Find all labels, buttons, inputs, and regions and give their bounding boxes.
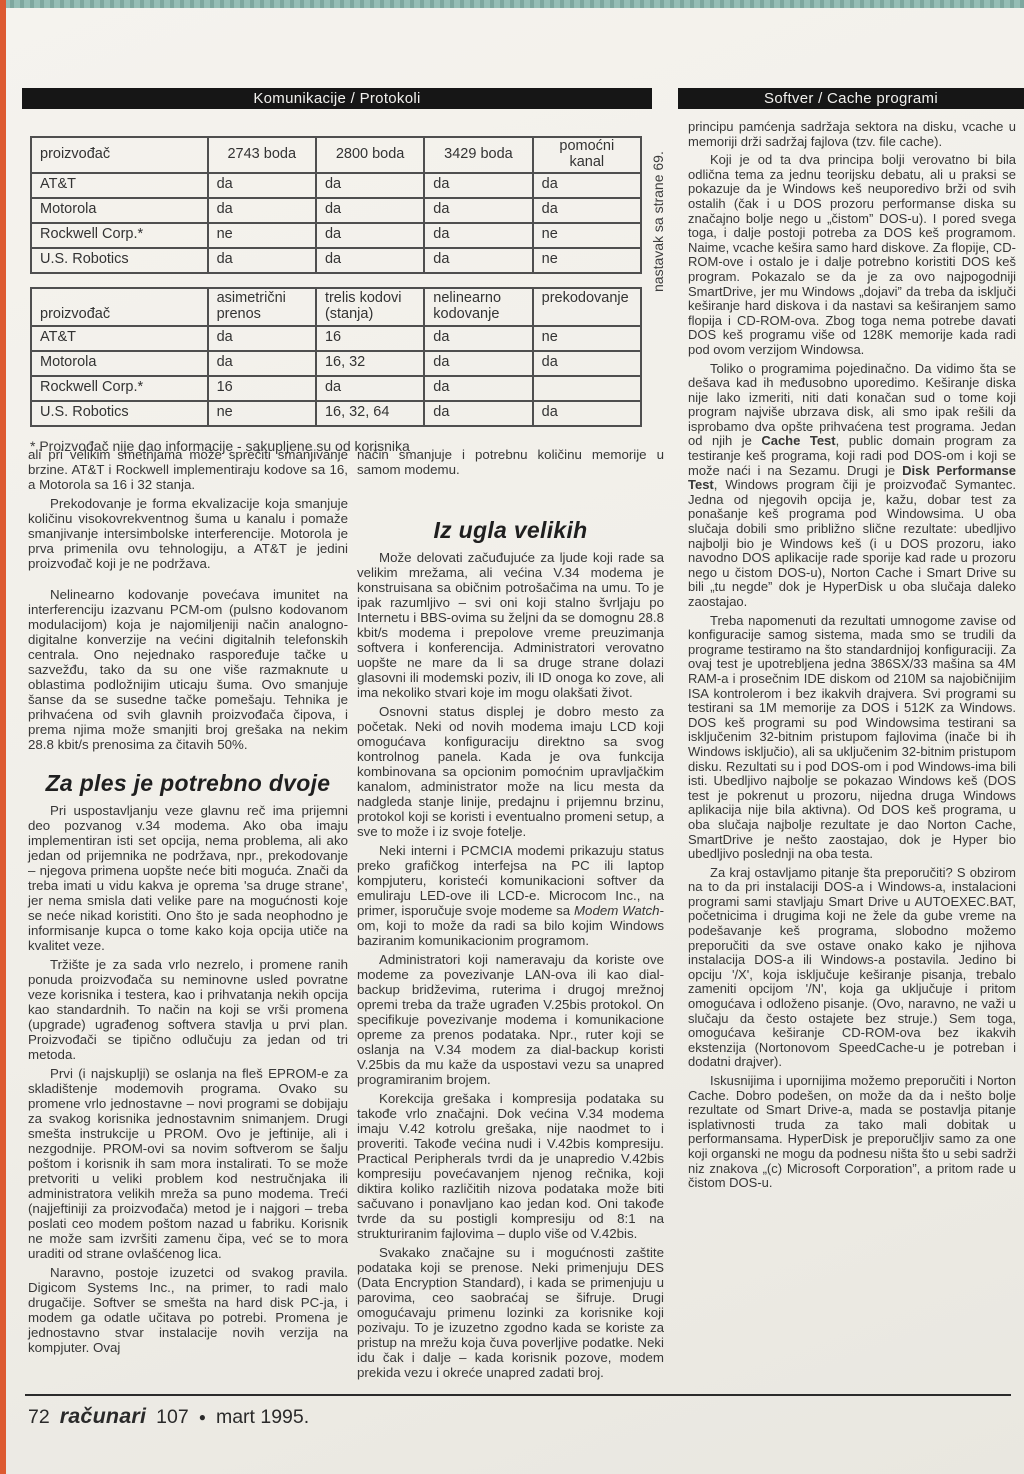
table-cell: 16 <box>316 326 424 351</box>
table-cell: da <box>208 173 316 198</box>
table-cell: da <box>208 351 316 376</box>
article-paragraph: Nelinearno kodovanje povećava imunitet n… <box>28 587 348 752</box>
table-row: Motorolada16, 32dada <box>31 351 641 376</box>
section-header-softver-label: Softver / Cache programi <box>764 90 938 107</box>
section-header-komunikacije: Komunikacije / Protokoli <box>22 88 652 109</box>
left-text-column: ali pri velikim smetnjama može sprečiti … <box>28 447 348 1359</box>
table-cell: U.S. Robotics <box>31 248 208 273</box>
article-subheading: Iz ugla velikih <box>357 523 664 538</box>
table-cell: Motorola <box>31 198 208 223</box>
table-cell: da <box>316 173 424 198</box>
article-subheading: Za ples je potrebno dvoje <box>28 776 348 791</box>
table-cell: da <box>533 351 641 376</box>
table-cell: ne <box>208 223 316 248</box>
article-paragraph: način smanjuje i potrebnu količinu memor… <box>357 447 664 477</box>
table-cell: da <box>533 173 641 198</box>
table-cell: ne <box>533 223 641 248</box>
article-paragraph: Toliko o programima pojedinačno. Da vidi… <box>688 362 1016 610</box>
table-row: AT&Tdadadada <box>31 173 641 198</box>
table-cell: da <box>424 173 532 198</box>
table-cell: da <box>424 326 532 351</box>
article-paragraph: Pri uspostavljanju veze glavnu reč ima p… <box>28 803 348 953</box>
article-paragraph: Za kraj ostavljamo pitanje šta preporuči… <box>688 866 1016 1070</box>
table-cell: AT&T <box>31 173 208 198</box>
article-paragraph: Tržište je za sada vrlo nezrelo, i prome… <box>28 957 348 1062</box>
table-cell: ne <box>533 326 641 351</box>
table-cell: da <box>208 198 316 223</box>
tables-area: proizvođač2743 boda2800 boda3429 bodapom… <box>30 136 642 454</box>
table-cell: U.S. Robotics <box>31 401 208 426</box>
table-header-cell: proizvođač <box>31 137 208 173</box>
table-cell: da <box>424 401 532 426</box>
article-paragraph: Iskusnijima i upornijima možemo preporuč… <box>688 1074 1016 1191</box>
article-paragraph: Može delovati začuđujuće za ljude koji r… <box>357 550 664 700</box>
table-row: AT&Tda16dane <box>31 326 641 351</box>
continuation-note: nastavak sa strane 69. <box>650 92 666 292</box>
table-cell: da <box>424 223 532 248</box>
article-paragraph: Prvi (i najskuplji) se oslanja na fleš E… <box>28 1066 348 1261</box>
article-paragraph: Administratori koji nameravaju da korist… <box>357 952 664 1087</box>
article-paragraph: Prekodovanje je forma ekvalizacije koja … <box>28 496 348 571</box>
article-paragraph: Korekcija grešaka i kompresija podataka … <box>357 1091 664 1241</box>
table-cell: da <box>424 198 532 223</box>
article-paragraph: Naravno, postoje izuzetci od svakog prav… <box>28 1265 348 1355</box>
table-cell: 16, 32, 64 <box>316 401 424 426</box>
article-paragraph: Treba napomenuti da rezultati umnogome z… <box>688 614 1016 862</box>
page-footer: 72 računari 107 ● mart 1995. <box>28 1404 309 1429</box>
table-cell: da <box>208 248 316 273</box>
page-edge-strip <box>0 0 6 1474</box>
table-header-cell: nelinearno kodovanje <box>424 288 532 326</box>
table-cell: da <box>533 198 641 223</box>
page-number: 72 <box>28 1406 50 1429</box>
table-cell: da <box>316 376 424 401</box>
table-header-cell: proizvođač <box>31 288 208 326</box>
table-header-row: proizvođač2743 boda2800 boda3429 bodapom… <box>31 137 641 173</box>
table-cell: Rockwell Corp.* <box>31 223 208 248</box>
issue-number: 107 <box>156 1406 189 1429</box>
section-header-komunikacije-label: Komunikacije / Protokoli <box>253 90 420 107</box>
article-paragraph: Svakako značajne su i mogućnosti zaštite… <box>357 1245 664 1380</box>
table-cell: da <box>316 248 424 273</box>
table-cell: Rockwell Corp.* <box>31 376 208 401</box>
table-row: Motoroladadadada <box>31 198 641 223</box>
table-cell: da <box>424 248 532 273</box>
table-cell: da <box>316 223 424 248</box>
table-cell: da <box>316 198 424 223</box>
table-cell: da <box>424 351 532 376</box>
middle-text-column: način smanjuje i potrebnu količinu memor… <box>357 447 664 1384</box>
table-cell: 16, 32 <box>316 351 424 376</box>
modem-coding-table: proizvođačasimetrični prenostrelis kodov… <box>30 287 642 427</box>
article-paragraph: Neki interni i PCMCIA modemi prikazuju s… <box>357 843 664 948</box>
article-paragraph: Osnovni status displej je dobro mesto za… <box>357 704 664 839</box>
table-row: U.S. Roboticsne16, 32, 64dada <box>31 401 641 426</box>
section-header-softver: Softver / Cache programi <box>678 88 1024 109</box>
magazine-logo: računari <box>60 1404 146 1429</box>
table-cell: da <box>533 401 641 426</box>
table-row: U.S. Roboticsdadadane <box>31 248 641 273</box>
table-cell <box>533 376 641 401</box>
table-header-cell: asimetrični prenos <box>208 288 316 326</box>
table-row: Rockwell Corp.*16dada <box>31 376 641 401</box>
article-paragraph: ali pri velikim smetnjama može sprečiti … <box>28 447 348 492</box>
table-cell: da <box>424 376 532 401</box>
table-cell: da <box>208 326 316 351</box>
table-header-cell: 2800 boda <box>316 137 424 173</box>
table-header-cell: 2743 boda <box>208 137 316 173</box>
bullet-separator: ● <box>199 1410 206 1424</box>
article-paragraph: principu pamćenja sadržaja sektora na di… <box>688 120 1016 149</box>
table-cell: ne <box>208 401 316 426</box>
right-text-column: principu pamćenja sadržaja sektora na di… <box>688 120 1016 1195</box>
table-cell: Motorola <box>31 351 208 376</box>
issue-date: mart 1995. <box>216 1406 309 1429</box>
magazine-page: Komunikacije / Protokoli Softver / Cache… <box>0 0 1024 1474</box>
scan-edge-strip <box>0 0 1024 8</box>
table-cell: 16 <box>208 376 316 401</box>
table-header-cell: trelis kodovi (stanja) <box>316 288 424 326</box>
table-row: Rockwell Corp.*nedadane <box>31 223 641 248</box>
table-header-cell: 3429 boda <box>424 137 532 173</box>
table-header-row: proizvođačasimetrični prenostrelis kodov… <box>31 288 641 326</box>
modem-speed-table: proizvođač2743 boda2800 boda3429 bodapom… <box>30 136 642 274</box>
table-header-cell: prekodovanje <box>533 288 641 326</box>
table-cell: AT&T <box>31 326 208 351</box>
footer-rule <box>25 1394 1011 1396</box>
article-paragraph: Koji je od ta dva principa bolji verovat… <box>688 153 1016 357</box>
table-header-cell: pomoćni kanal <box>533 137 641 173</box>
table-cell: ne <box>533 248 641 273</box>
